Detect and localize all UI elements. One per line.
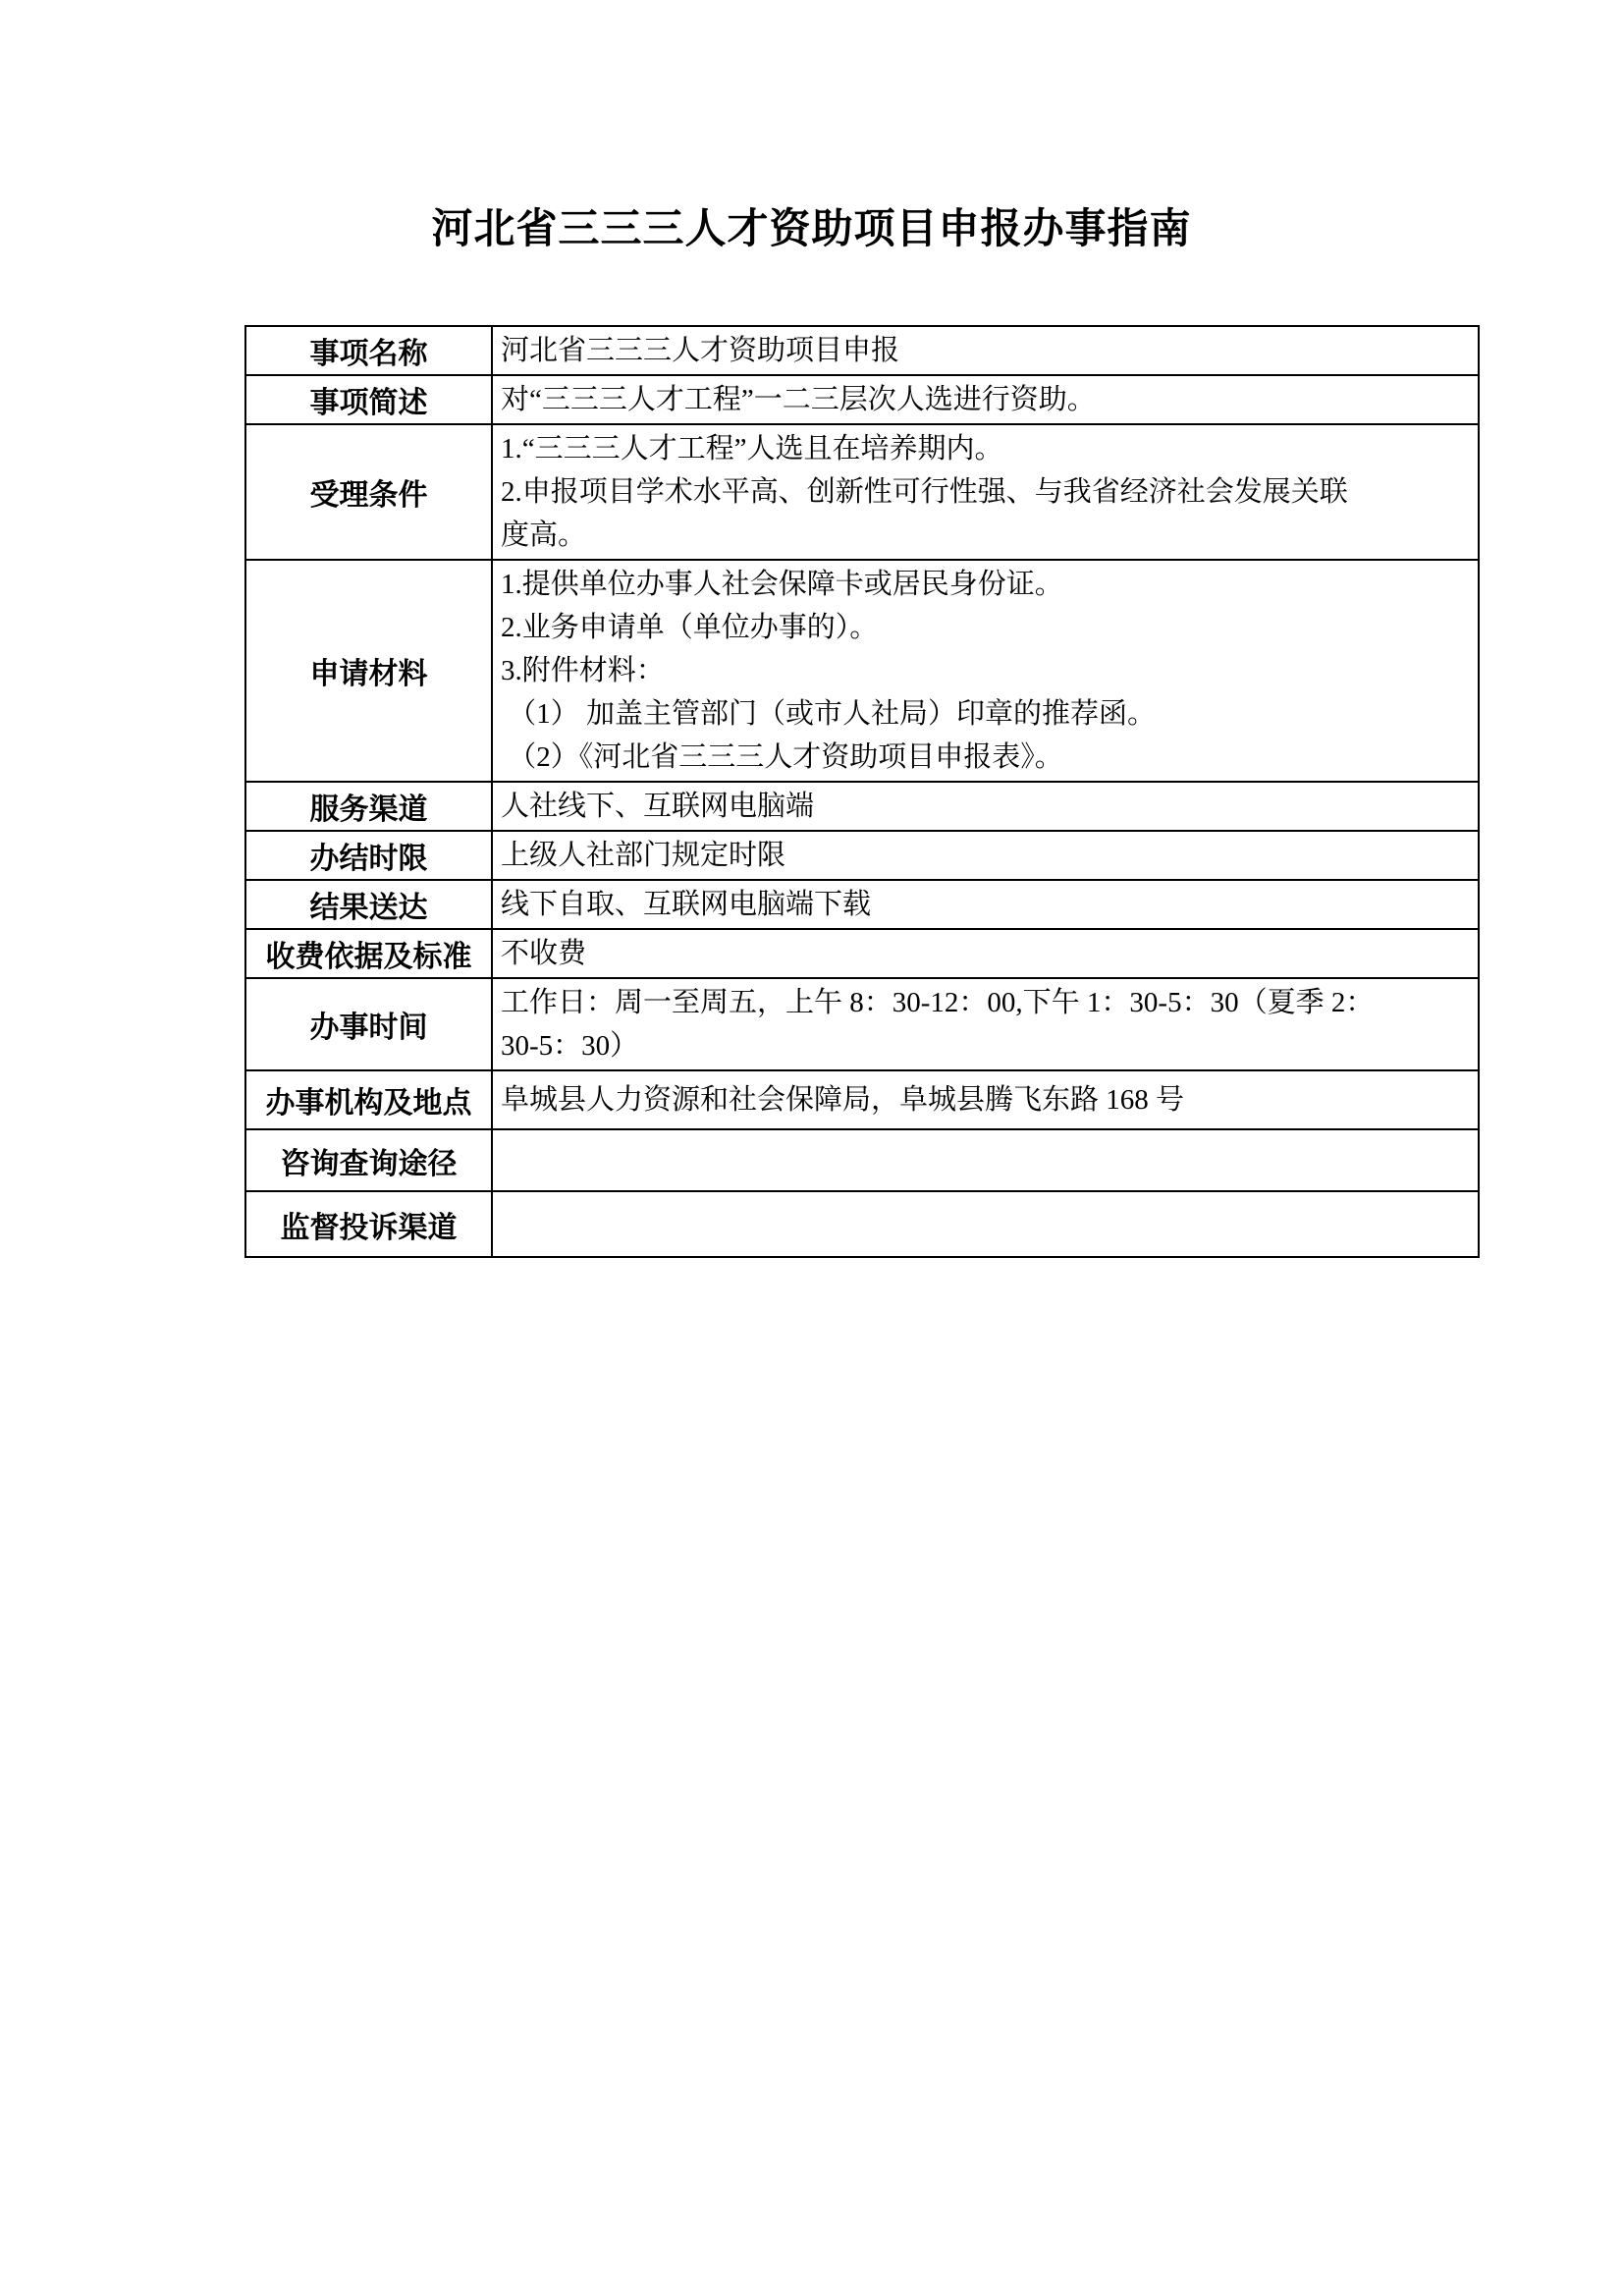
table-row: 事项简述 对“三三三人才工程”一二三层次人选进行资助。 xyxy=(246,376,1478,425)
table-row: 受理条件 1.“三三三人才工程”人选且在培养期内。 2.申报项目学术水平高、创新… xyxy=(246,425,1478,561)
row-label: 收费依据及标准 xyxy=(246,930,493,977)
guide-table: 事项名称 河北省三三三人才资助项目申报 事项简述 对“三三三人才工程”一二三层次… xyxy=(244,325,1480,1258)
row-value: 1.提供单位办事人社会保障卡或居民身份证。 2.业务申请单（单位办事的）。 3.… xyxy=(493,561,1478,781)
row-value xyxy=(493,1130,1478,1190)
row-label: 办事时间 xyxy=(246,979,493,1069)
row-label: 办结时限 xyxy=(246,832,493,879)
row-value: 阜城县人力资源和社会保障局，阜城县腾飞东路 168 号 xyxy=(493,1071,1478,1128)
row-value: 1.“三三三人才工程”人选且在培养期内。 2.申报项目学术水平高、创新性可行性强… xyxy=(493,425,1478,559)
row-label: 申请材料 xyxy=(246,561,493,781)
row-value xyxy=(493,1192,1478,1256)
table-row: 监督投诉渠道 xyxy=(246,1192,1478,1256)
row-label: 受理条件 xyxy=(246,425,493,559)
row-value: 线下自取、互联网电脑端下载 xyxy=(493,881,1478,928)
row-value: 人社线下、互联网电脑端 xyxy=(493,783,1478,830)
row-value: 河北省三三三人才资助项目申报 xyxy=(493,327,1478,374)
document-page: 河北省三三三人才资助项目申报办事指南 事项名称 河北省三三三人才资助项目申报 事… xyxy=(0,0,1623,2296)
table-row: 办事机构及地点 阜城县人力资源和社会保障局，阜城县腾飞东路 168 号 xyxy=(246,1071,1478,1130)
row-label: 服务渠道 xyxy=(246,783,493,830)
table-row: 结果送达 线下自取、互联网电脑端下载 xyxy=(246,881,1478,930)
row-label: 监督投诉渠道 xyxy=(246,1192,493,1256)
table-row: 服务渠道 人社线下、互联网电脑端 xyxy=(246,783,1478,832)
row-value: 工作日：周一至周五，上午 8：30-12：00,下午 1：30-5：30（夏季 … xyxy=(493,979,1478,1069)
page-title: 河北省三三三人才资助项目申报办事指南 xyxy=(0,204,1623,253)
table-row: 事项名称 河北省三三三人才资助项目申报 xyxy=(246,327,1478,376)
table-row: 办结时限 上级人社部门规定时限 xyxy=(246,832,1478,881)
row-value: 对“三三三人才工程”一二三层次人选进行资助。 xyxy=(493,376,1478,423)
table-row: 咨询查询途径 xyxy=(246,1130,1478,1192)
table-row: 申请材料 1.提供单位办事人社会保障卡或居民身份证。 2.业务申请单（单位办事的… xyxy=(246,561,1478,783)
table-row: 收费依据及标准 不收费 xyxy=(246,930,1478,979)
row-label: 咨询查询途径 xyxy=(246,1130,493,1190)
row-label: 结果送达 xyxy=(246,881,493,928)
table-row: 办事时间 工作日：周一至周五，上午 8：30-12：00,下午 1：30-5：3… xyxy=(246,979,1478,1071)
row-value: 上级人社部门规定时限 xyxy=(493,832,1478,879)
row-label: 事项简述 xyxy=(246,376,493,423)
row-label: 事项名称 xyxy=(246,327,493,374)
row-label: 办事机构及地点 xyxy=(246,1071,493,1128)
row-value: 不收费 xyxy=(493,930,1478,977)
